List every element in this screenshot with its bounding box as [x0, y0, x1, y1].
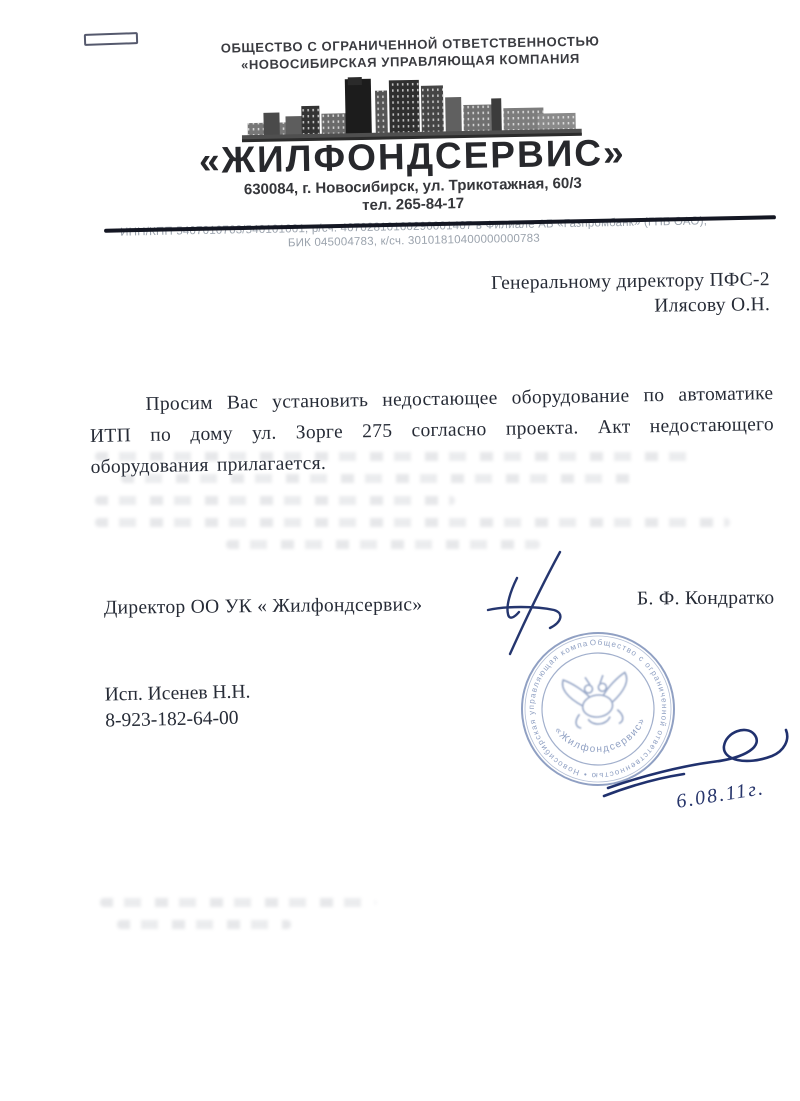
signer-name: Б. Ф. Кондратко: [637, 588, 775, 611]
bleed-through-artifact-bottom: [100, 898, 390, 942]
executor-block: Исп. Исенев Н.Н. 8-923-182-64-00: [104, 679, 251, 734]
recipient-line-2: Илясову О.Н.: [350, 292, 770, 323]
scanned-letter-page: ОБЩЕСТВО С ОГРАНИЧЕННОЙ ОТВЕТСТВЕННОСТЬЮ…: [0, 0, 800, 1101]
letterhead: ОБЩЕСТВО С ОГРАНИЧЕННОЙ ОТВЕТСТВЕННОСТЬЮ…: [10, 28, 800, 255]
signer-position-title: Директор ОО УК « Жилфондсервис»: [104, 594, 423, 619]
bleed-through-artifact: [95, 452, 750, 562]
executor-name: Исп. Исенев Н.Н.: [104, 679, 250, 708]
recipient-block: Генеральному директору ПФС-2 Илясову О.Н…: [350, 267, 771, 323]
executor-phone: 8-923-182-64-00: [105, 705, 251, 734]
